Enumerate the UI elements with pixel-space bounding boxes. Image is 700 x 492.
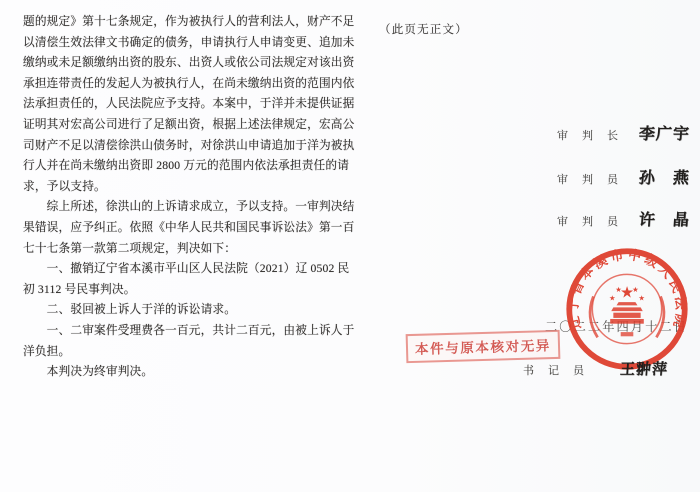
- clerk-role-label: 书记员: [523, 362, 598, 378]
- body-text-line: 缴纳或未足额缴纳出资的股东、出资人或依公司法规定对该出资: [23, 53, 357, 74]
- body-text-line: 初 3112 号民事判决。: [23, 280, 357, 301]
- seal-ribbon: [621, 332, 634, 336]
- body-text-line: 司财产不足以清偿徐洪山债务时，对徐洪山申请追加于洋为被执: [23, 136, 357, 157]
- signature-row: 审判员 许 晶: [557, 207, 690, 230]
- signature-row: 审判员 孙 燕: [557, 165, 690, 188]
- body-text-line: 一、撤销辽宁省本溪市平山区人民法院（2021）辽 0502 民: [23, 259, 357, 280]
- judge-role-label: 审判长: [557, 127, 632, 143]
- body-text-line: 七十七条第一款第二项规定，判决如下：: [23, 239, 357, 260]
- body-text-line: 果错误，应予纠正。依照《中华人民共和国民事诉讼法》第一百: [23, 218, 357, 239]
- clerk-row: 书记员 王翀萍: [523, 358, 668, 379]
- judge-name: 许 晶: [638, 207, 691, 230]
- judge-name: 李广宇: [638, 121, 691, 144]
- body-text-line: 证明其对宏高公司进行了足额出资，根据上述法律规定，宏高公: [23, 115, 357, 136]
- svg-text:★: ★: [609, 294, 616, 303]
- clerk-name: 王翀萍: [619, 358, 668, 379]
- signature-row: 审判长 李广宇: [557, 121, 690, 144]
- seal-stars-emblem: ★ ★ ★ ★ ★: [609, 282, 645, 302]
- svg-text:★: ★: [638, 294, 645, 303]
- body-text-line: 本判决为终审判决。: [23, 362, 357, 383]
- document-page: 题的规定》第十七条规定，作为被执行人的营利法人，财产不足以清偿生效法律文书确定的…: [0, 0, 700, 492]
- body-text-line: 综上所述，徐洪山的上诉请求成立，予以支持。一审判决结: [23, 197, 357, 218]
- body-text-line: 行人并在尚未缴纳出资即 2800 万元的范围内依法承担责任的请: [23, 156, 357, 177]
- seal-gate-emblem: [610, 302, 644, 324]
- body-text-line: 二、驳回被上诉人于洋的诉讼请求。: [23, 300, 357, 321]
- body-text-line: 法承担责任的，人民法院应予支持。本案中，于洋并未提供证据: [23, 94, 357, 115]
- body-text-line: 题的规定》第十七条规定，作为被执行人的营利法人，财产不足: [23, 12, 357, 33]
- body-text: 题的规定》第十七条规定，作为被执行人的营利法人，财产不足以清偿生效法律文书确定的…: [23, 12, 357, 383]
- judge-name: 孙 燕: [638, 165, 691, 188]
- body-text-line: 洋负担。: [23, 342, 357, 363]
- judge-role-label: 审判员: [557, 213, 632, 229]
- svg-text:★: ★: [615, 285, 622, 294]
- body-text-line: 承担连带责任的发起人为被执行人，在尚未缴纳出资的范围内依: [23, 74, 357, 95]
- no-text-note: （此页无正文）: [379, 21, 468, 37]
- court-seal: 辽宁省本溪市中级人民法院 ★ ★ ★ ★ ★: [564, 246, 690, 372]
- body-text-line: 求，予以支持。: [23, 177, 357, 198]
- judge-role-label: 审判员: [557, 171, 632, 187]
- body-text-line: 一、二审案件受理费各一百元，共计二百元，由被上诉人于: [23, 321, 357, 342]
- body-text-line: 以清偿生效法律文书确定的债务，申请执行人申请变更、追加未: [23, 33, 357, 54]
